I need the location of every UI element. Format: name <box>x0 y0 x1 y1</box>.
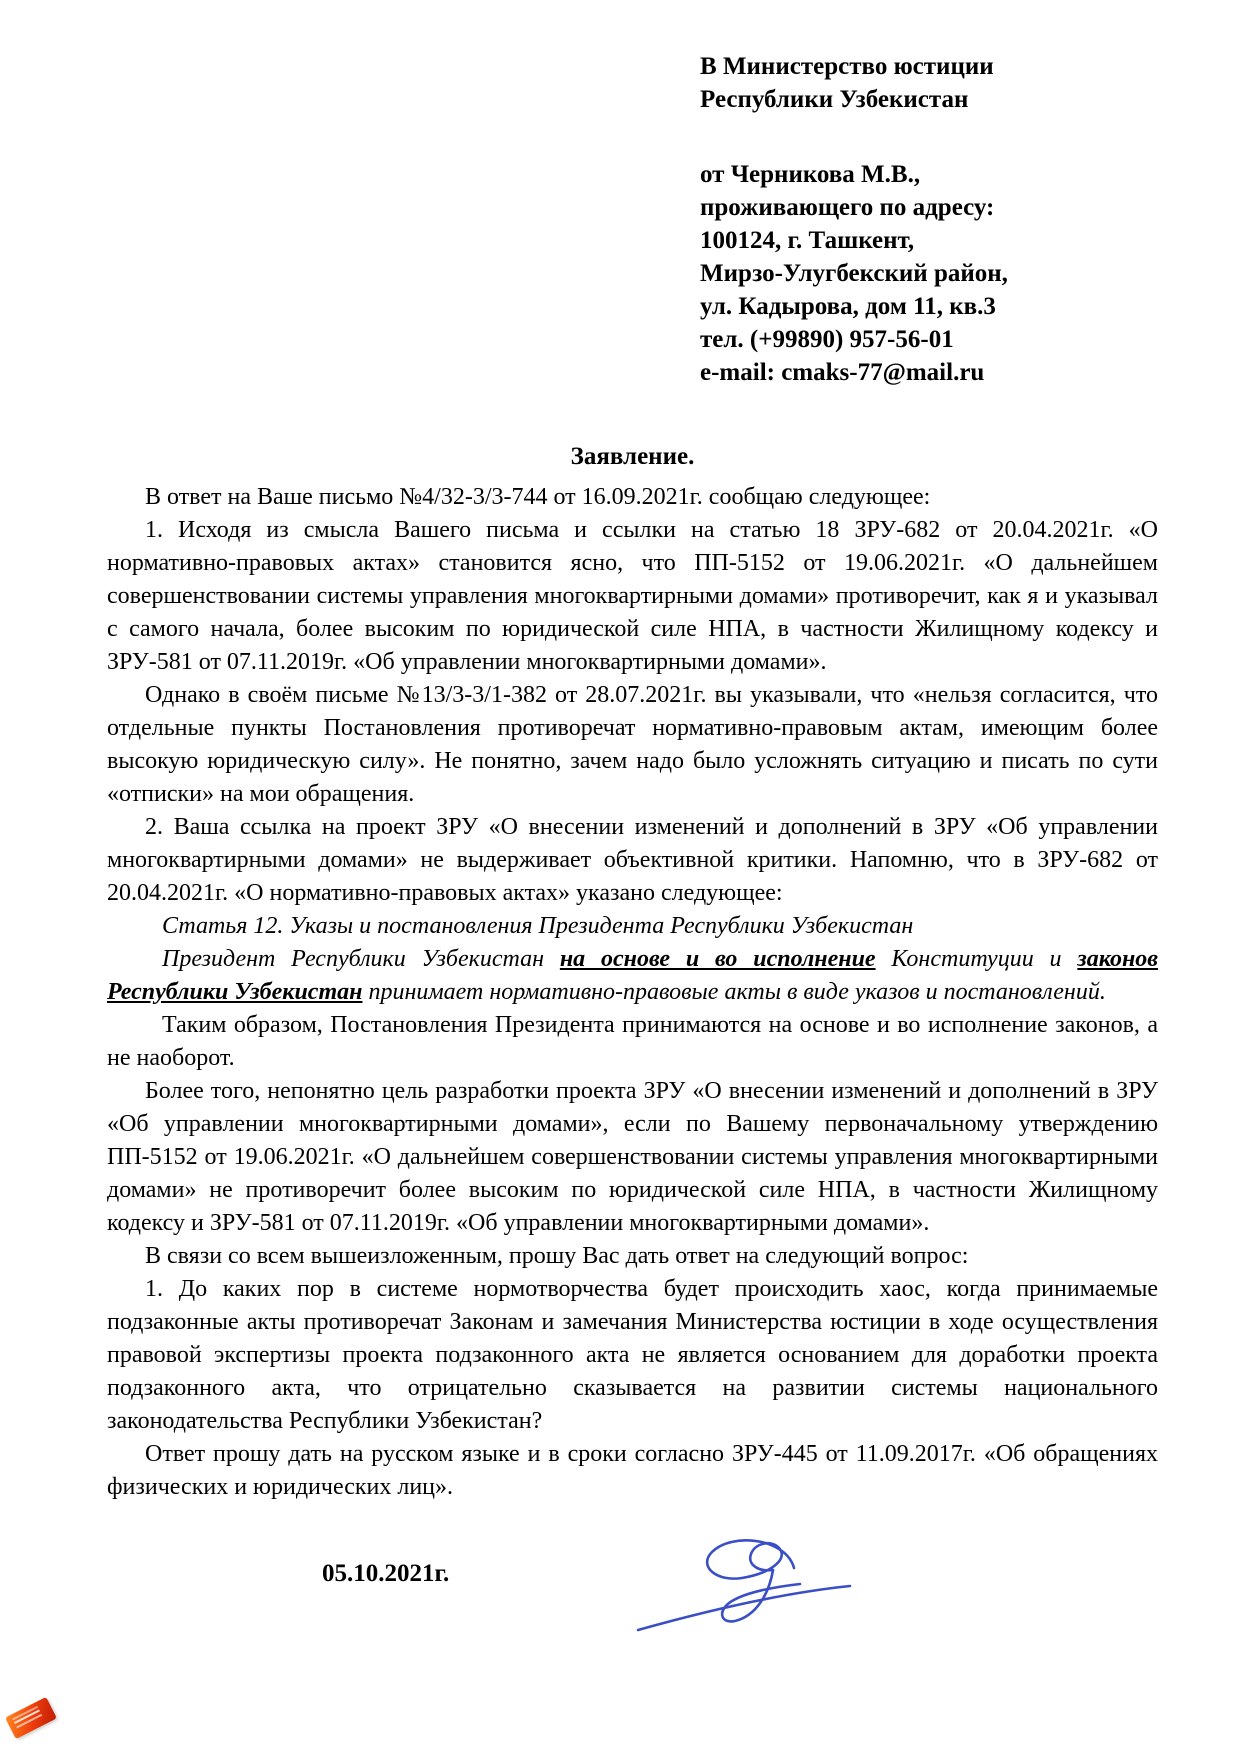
quote-run: принимает нормативно-правовые акты в вид… <box>362 979 1105 1005</box>
sender-email: e-mail: cmaks-77@mail.ru <box>700 356 1158 389</box>
quote-run: Президент Республики Узбекистан <box>162 946 560 972</box>
quote-run-emphasis: на основе и во исполнение <box>560 946 876 972</box>
quote-run: Конституции и <box>876 946 1078 972</box>
signature-stroke <box>638 1586 850 1630</box>
quote-article-heading: Статья 12. Указы и постановления Президе… <box>107 910 1158 943</box>
sender-address-label: проживающего по адресу: <box>700 191 1158 224</box>
paragraph-point-2: 2. Ваша ссылка на проект ЗРУ «О внесении… <box>107 811 1158 910</box>
sender-street: ул. Кадырова, дом 11, кв.3 <box>700 290 1158 323</box>
paragraph-intro: В ответ на Ваше письмо №4/32-3/3-744 от … <box>107 481 1158 514</box>
paragraph-answer-request: Ответ прошу дать на русском языке и в ср… <box>107 1438 1158 1504</box>
address-block: В Министерство юстиции Республики Узбеки… <box>700 50 1158 389</box>
sender-district: Мирзо-Улугбекский район, <box>700 257 1158 290</box>
paragraph-request: В связи со всем вышеизложенным, прошу Ва… <box>107 1240 1158 1273</box>
watermark-stamp <box>5 1697 57 1739</box>
address-spacer <box>700 116 1158 158</box>
paragraph-more: Более того, непонятно цель разработки пр… <box>107 1075 1158 1240</box>
quote-article-text: Президент Республики Узбекистан на основ… <box>107 943 1158 1009</box>
document-date: 05.10.2021г. <box>322 1560 449 1588</box>
document-title: Заявление. <box>107 443 1158 471</box>
handwritten-signature <box>622 1520 852 1650</box>
sender-phone: тел. (+99890) 957-56-01 <box>700 323 1158 356</box>
paragraph-question-1: 1. До каких пор в системе нормотворчеств… <box>107 1273 1158 1438</box>
paragraph-conclusion: Таким образом, Постановления Президента … <box>107 1009 1158 1075</box>
footer-row: 05.10.2021г. <box>107 1534 1158 1664</box>
sender-city: 100124, г. Ташкент, <box>700 224 1158 257</box>
paragraph-point-1: 1. Исходя из смысла Вашего письма и ссыл… <box>107 514 1158 679</box>
letter-content: В Министерство юстиции Республики Узбеки… <box>0 0 1241 1664</box>
sender-name: от Черникова М.В., <box>700 158 1158 191</box>
letter-page: В Министерство юстиции Республики Узбеки… <box>0 0 1241 1754</box>
recipient-line: Республики Узбекистан <box>700 83 1158 116</box>
letter-body: В ответ на Ваше письмо №4/32-3/3-744 от … <box>107 481 1158 1504</box>
paragraph-letter-reply: Однако в своём письме №13/3-3/1-382 от 2… <box>107 679 1158 811</box>
signature-stroke <box>707 1540 794 1578</box>
recipient-line: В Министерство юстиции <box>700 50 1158 83</box>
